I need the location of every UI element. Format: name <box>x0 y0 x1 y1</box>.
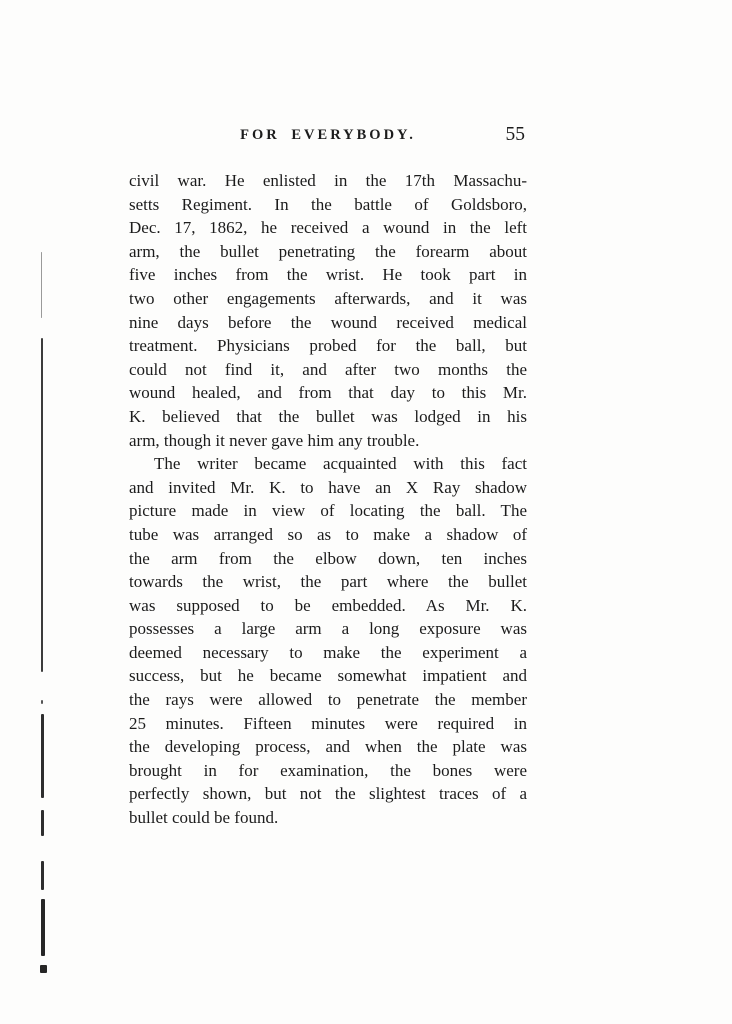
text-line: civil war. He enlisted in the 17th Massa… <box>129 169 527 193</box>
text-line: Dec. 17, 1862, he received a wound in th… <box>129 216 527 240</box>
page-header: FOR EVERYBODY. 55 <box>129 124 527 148</box>
paragraph: The writer became acquainted with this f… <box>129 452 527 830</box>
margin-mark <box>41 338 43 672</box>
margin-mark <box>41 810 44 836</box>
text-line: deemed necessary to make the experiment … <box>129 641 527 665</box>
body-text: civil war. He enlisted in the 17th Massa… <box>129 169 527 830</box>
paragraph: civil war. He enlisted in the 17th Massa… <box>129 169 527 452</box>
text-line: wound healed, and from that day to this … <box>129 381 527 405</box>
running-title: FOR EVERYBODY. <box>129 127 527 144</box>
text-line: 25 minutes. Fifteen minutes were require… <box>129 712 527 736</box>
text-line: K. believed that the bullet was lodged i… <box>129 405 527 429</box>
margin-mark <box>40 965 47 973</box>
margin-mark <box>41 861 44 890</box>
text-line: nine days before the wound received medi… <box>129 311 527 335</box>
text-line: towards the wrist, the part where the bu… <box>129 570 527 594</box>
text-line: the rays were allowed to penetrate the m… <box>129 688 527 712</box>
margin-mark <box>41 714 44 798</box>
text-line: success, but he became somewhat impatien… <box>129 664 527 688</box>
scanned-book-page: FOR EVERYBODY. 55 civil war. He enlisted… <box>0 0 732 1024</box>
margin-mark <box>41 700 43 704</box>
text-line: five inches from the wrist. He took part… <box>129 263 527 287</box>
text-line: bullet could be found. <box>129 806 527 830</box>
text-line: brought in for examination, the bones we… <box>129 759 527 783</box>
text-line: was supposed to be embedded. As Mr. K. <box>129 594 527 618</box>
text-line: and invited Mr. K. to have an X Ray shad… <box>129 476 527 500</box>
margin-mark <box>41 252 42 318</box>
text-line: treatment. Physicians probed for the bal… <box>129 334 527 358</box>
text-line: tube was arranged so as to make a shadow… <box>129 523 527 547</box>
text-line: two other engagements afterwards, and it… <box>129 287 527 311</box>
text-line: setts Regiment. In the battle of Goldsbo… <box>129 193 527 217</box>
text-line: arm, the bullet penetrating the forearm … <box>129 240 527 264</box>
text-line: the developing process, and when the pla… <box>129 735 527 759</box>
text-line: The writer became acquainted with this f… <box>129 452 527 476</box>
text-line: arm, though it never gave him any troubl… <box>129 429 527 453</box>
text-line: perfectly shown, but not the slightest t… <box>129 782 527 806</box>
text-line: possesses a large arm a long exposure wa… <box>129 617 527 641</box>
page-number: 55 <box>506 124 526 146</box>
text-line: could not find it, and after two months … <box>129 358 527 382</box>
margin-mark <box>41 899 45 956</box>
text-line: picture made in view of locating the bal… <box>129 499 527 523</box>
text-line: the arm from the elbow down, ten inches <box>129 547 527 571</box>
